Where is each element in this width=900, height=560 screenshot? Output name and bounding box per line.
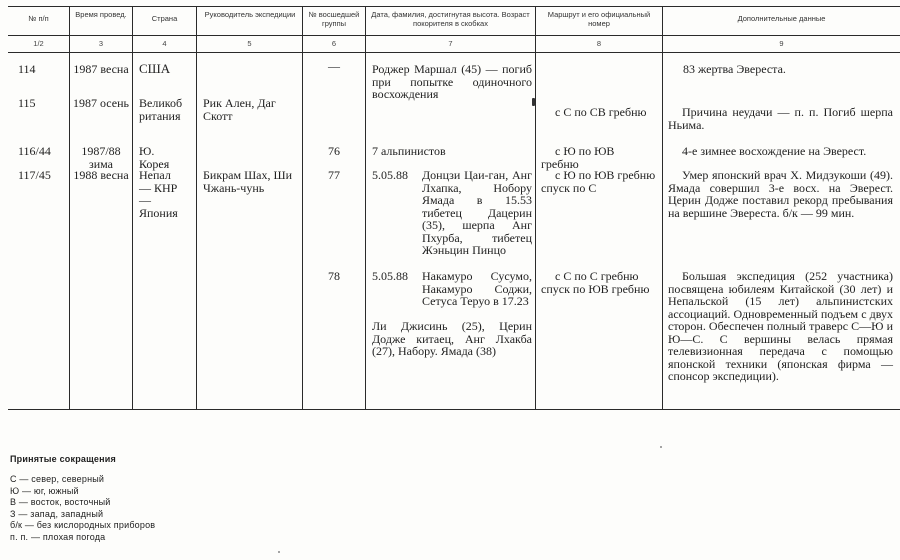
column-divider: [662, 6, 663, 410]
column-divider: [132, 6, 133, 410]
header-date-climbers: Дата, фамилия, достигнутая высота. Возра…: [367, 10, 534, 28]
scan-speck: [278, 551, 280, 553]
header-country: Страна: [133, 14, 196, 23]
row-time: 1987 осень: [72, 97, 130, 110]
column-divider: [69, 6, 70, 410]
column-number: 9: [663, 39, 900, 48]
row-notes: Причина неудачи — п. п. Погиб шерпа Ньим…: [668, 106, 893, 131]
header-time: Время провед.: [74, 10, 128, 19]
row-route: с С по С гребню спуск по ЮВ гребню: [541, 270, 655, 295]
row-country: Непал — КНР — Япония: [139, 169, 185, 219]
row-notes: Умер японский врач Х. Мидзукоши (49). Ям…: [668, 169, 893, 219]
row-notes: Большая экспедиция (252 участника) посвя…: [668, 270, 893, 383]
column-number: 6: [303, 39, 365, 48]
row-notes: 83 жертва Эвереста.: [683, 63, 895, 76]
row-route: с Ю по ЮВ гребню спуск по С: [541, 169, 657, 194]
abbreviations-legend: Принятые сокращения С — север, северный …: [10, 454, 155, 543]
row-leader: Бикрам Шах, Ши Чжань-чунь: [203, 169, 303, 194]
legend-item: п. п. — плохая погода: [10, 532, 155, 544]
legend-item: С — север, северный: [10, 474, 155, 486]
row-time: 1988 весна: [72, 169, 130, 182]
column-divider: [365, 6, 366, 410]
legend-item: З — запад, западный: [10, 509, 155, 521]
legend-item: В — восток, восточный: [10, 497, 155, 509]
row-notes: 4-е зимнее восхождение на Эверест.: [668, 145, 893, 158]
column-divider: [535, 6, 536, 410]
row-leader: Рик Ален, Даг Скотт: [203, 97, 299, 122]
row-climbers: Роджер Маршал (45) — погиб при попытке о…: [372, 63, 532, 101]
row-climbers: Накамуро Сусумо, Накамуро Соджи, Сетуса …: [422, 270, 532, 308]
header-leader: Руководитель экспедиции: [202, 10, 298, 19]
row-date: 5.05.88: [372, 270, 408, 283]
row-group: 76: [304, 145, 364, 158]
row-time: 1987 весна: [72, 63, 130, 76]
legend-item: Ю — юг, южный: [10, 486, 155, 498]
column-divider: [302, 6, 303, 410]
scan-speck: [660, 446, 662, 448]
column-number: 3: [70, 39, 132, 48]
table-top-rule: [8, 6, 900, 7]
header-group: № восшедшей группы: [304, 10, 364, 28]
column-divider: [196, 6, 197, 410]
scan-speck: [532, 98, 535, 106]
column-number: 4: [133, 39, 196, 48]
row-number: 115: [18, 97, 36, 110]
column-number: 8: [536, 39, 662, 48]
row-group: —: [304, 60, 364, 73]
row-climbers: 7 альпинистов: [372, 145, 532, 158]
column-number: 1/2: [8, 39, 69, 48]
column-number: 5: [197, 39, 302, 48]
row-number: 117/45: [18, 169, 51, 182]
header-route: Маршрут и его официальный номер: [540, 10, 658, 28]
column-numbers-rule: [8, 52, 900, 53]
row-number: 114: [18, 63, 36, 76]
legend-item: б/к — без кислородных приборов: [10, 520, 155, 532]
legend-title: Принятые сокращения: [10, 454, 155, 464]
row-country: США: [139, 63, 195, 76]
column-number: 7: [366, 39, 535, 48]
row-group: 77: [304, 169, 364, 182]
row-notes-text: Умер японский врач Х. Мидзукоши (49). Ям…: [668, 169, 893, 219]
row-route: с С по СВ гребню: [541, 106, 655, 119]
row-number: 116/44: [18, 145, 51, 158]
row-country: Ю. Корея: [139, 145, 185, 170]
row-climbers: Донцзи Цаи-ган, Анг Лхапка, Нобору Ямада…: [422, 169, 532, 257]
header-no: № п/п: [8, 14, 69, 23]
header-bottom-rule: [8, 35, 900, 36]
table-bottom-rule: [8, 409, 900, 410]
row-date: 5.05.88: [372, 169, 408, 182]
row-climbers-extra: Ли Джисинь (25), Церин Додже китаец, Анг…: [372, 320, 532, 358]
row-group: 78: [304, 270, 364, 283]
row-route: с Ю по ЮВ гребню: [541, 145, 655, 170]
row-country: Великобритания: [139, 97, 185, 122]
document-page: № п/п Время провед. Страна Руководитель …: [0, 0, 900, 560]
row-time: 1987/88 зима: [72, 145, 130, 170]
header-notes: Дополнительные данные: [663, 14, 900, 23]
